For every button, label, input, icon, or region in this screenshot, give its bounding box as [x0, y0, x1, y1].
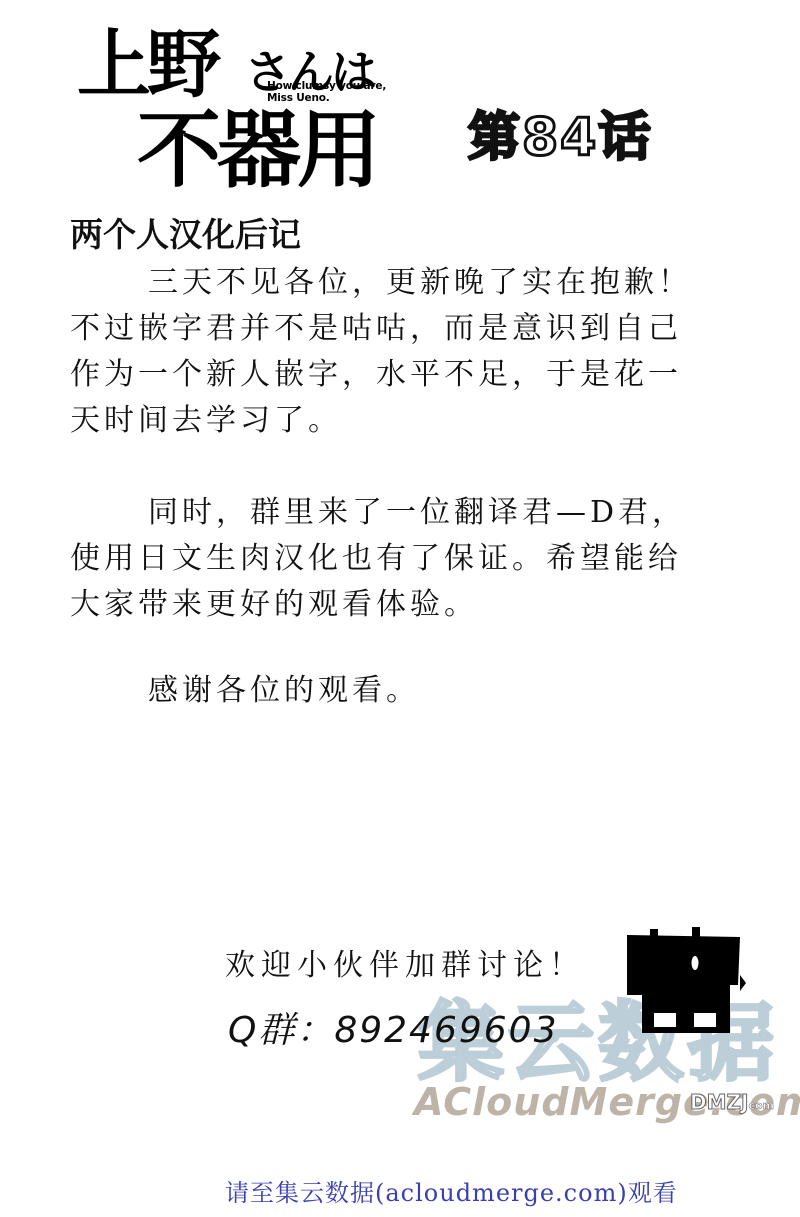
paragraph-line: 天时间去学习了。 — [70, 398, 750, 444]
afterword-heading: 两个人汉化后记 — [70, 210, 750, 260]
chapter-label: 第84话 — [468, 112, 652, 164]
paragraph-line: 感谢各位的观看。 — [70, 668, 750, 714]
paragraph-line: 同时，群里来了一位翻译君—D君， — [70, 490, 750, 536]
footer-notice: 请至集云数据(acloudmerge.com)观看 — [225, 1173, 678, 1208]
logo-subtitle-line1: How clumsy you are, — [267, 80, 386, 92]
logo-title-row2: 不器用 — [137, 108, 377, 192]
paragraph-2: 同时，群里来了一位翻译君—D君， 使用日文生肉汉化也有了保证。希望能给 大家带来… — [70, 490, 750, 628]
manga-logo: 上野 さんは How clumsy you are, Miss Ueno. 不器… — [75, 22, 405, 192]
paragraph-1: 三天不见各位，更新晚了实在抱歉！ 不过嵌字君并不是咕咕，而是意识到自己 作为一个… — [70, 260, 750, 444]
paragraph-line: 三天不见各位，更新晚了实在抱歉！ — [70, 260, 750, 306]
paragraph-line: 作为一个新人嵌字，水平不足，于是花一 — [70, 352, 750, 398]
paragraph-line: 不过嵌字君并不是咕咕，而是意识到自己 — [70, 306, 750, 352]
paragraph-line: 大家带来更好的观看体验。 — [70, 582, 750, 628]
paragraph-3: 感谢各位的观看。 — [70, 668, 750, 714]
afterword-article: 两个人汉化后记 三天不见各位，更新晚了实在抱歉！ 不过嵌字君并不是咕咕，而是意识… — [70, 210, 750, 714]
mascot-icon — [622, 925, 752, 1040]
dmzj-logo: DMZJcom — [690, 1092, 774, 1112]
paragraph-line: 使用日文生肉汉化也有了保证。希望能给 — [70, 536, 750, 582]
logo-title-row1: 上野 — [77, 28, 217, 102]
qq-group-number: Q群：892469603 — [228, 1002, 558, 1053]
group-invite-text: 欢迎小伙伴加群讨论！ — [225, 940, 585, 984]
